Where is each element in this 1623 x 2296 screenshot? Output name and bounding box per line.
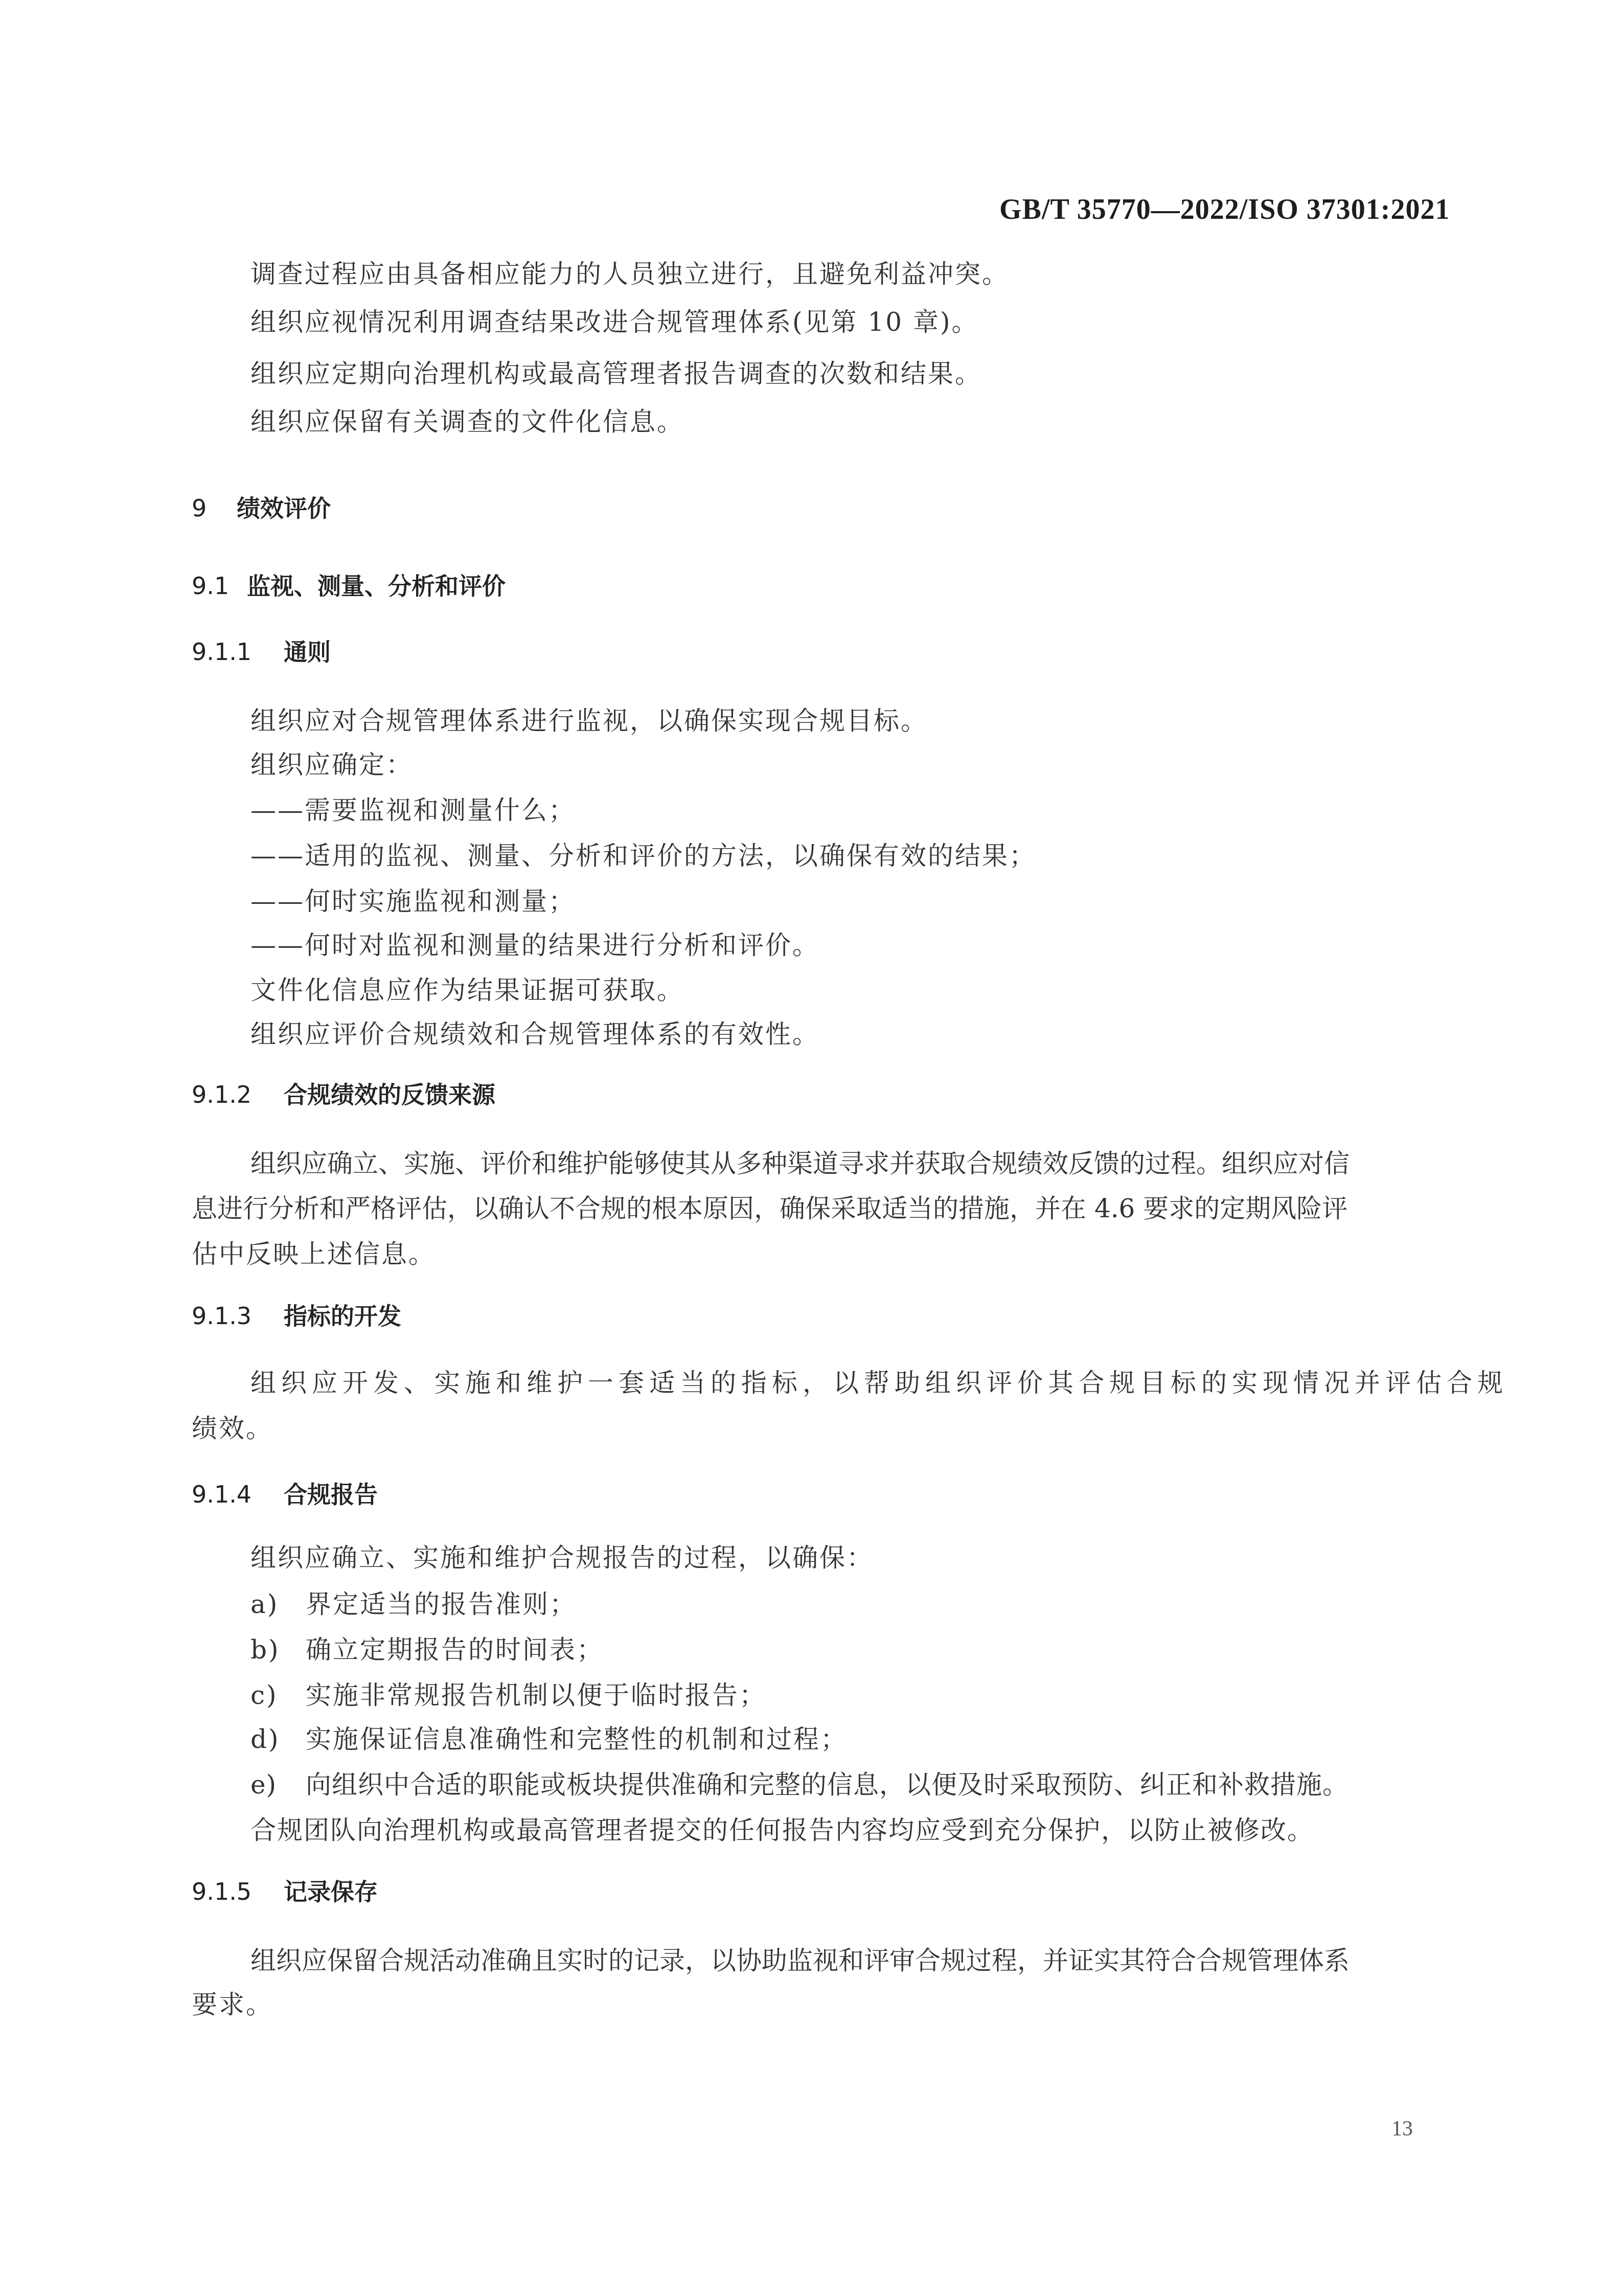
dash-list-item: ——何时对监视和测量的结果进行分析和评价。 [250, 930, 819, 961]
list-item-b: b)确立定期报告的时间表； [250, 1634, 604, 1665]
list-item-d: d)实施保证信息准确性和完整性的机制和过程； [250, 1724, 848, 1755]
body-line: 文件化信息应作为结果证据可获取。 [250, 975, 684, 1006]
intro-paragraph: 调查过程应由具备相应能力的人员独立进行，且避免利益冲突。 [250, 259, 1009, 289]
section-title: 记录保存 [284, 1876, 378, 1907]
section-number: 9.1.2 [192, 1079, 284, 1110]
list-label: a) [250, 1589, 306, 1620]
paragraph-line: 组织应确立、实施、评价和维护能够使其从多种渠道寻求并获取合规绩效反馈的过程。组织… [250, 1148, 1452, 1179]
section-number: 9.1.5 [192, 1876, 284, 1907]
list-label: c) [250, 1680, 306, 1711]
paragraph-line: 要求。 [192, 1989, 273, 2020]
dash-bullet: —— [250, 886, 305, 917]
list-item-a: a)界定适当的报告准则； [250, 1589, 577, 1620]
paragraph-line: 组织应保留合规活动准确且实时的记录，以协助监视和评审合规过程，并证实其符合合规管… [250, 1945, 1452, 1976]
list-item-c: c)实施非常规报告机制以便于临时报告； [250, 1680, 766, 1711]
section-title: 指标的开发 [284, 1301, 401, 1331]
paragraph-line: 息进行分析和严格评估，以确认不合规的根本原因，确保采取适当的措施，并在 4.6 … [192, 1193, 1452, 1224]
section-heading-9-1-5: 9.1.5记录保存 [192, 1876, 378, 1907]
dash-list-item: ——何时实施监视和测量； [250, 886, 576, 917]
section-heading-9-1-3: 9.1.3指标的开发 [192, 1301, 401, 1331]
dash-bullet: —— [250, 840, 305, 871]
section-heading-9-1-1: 9.1.1通则 [192, 636, 331, 667]
dash-list-item: ——适用的监视、测量、分析和评价的方法，以确保有效的结果； [250, 840, 1036, 871]
section-title: 合规绩效的反馈来源 [284, 1079, 495, 1110]
section-title: 监视、测量、分析和评价 [247, 571, 506, 601]
section-heading-9-1: 9.1监视、测量、分析和评价 [192, 571, 506, 601]
body-line: 组织应对合规管理体系进行监视，以确保实现合规目标。 [250, 706, 928, 736]
list-label: d) [250, 1724, 306, 1755]
section-heading-9-1-4: 9.1.4合规报告 [192, 1479, 378, 1510]
body-line: 组织应评价合规绩效和合规管理体系的有效性。 [250, 1019, 819, 1050]
page-number: 13 [1391, 2117, 1413, 2141]
section-title: 通则 [284, 636, 331, 667]
list-label: e) [250, 1769, 306, 1800]
body-line: 合规团队向治理机构或最高管理者提交的任何报告内容均应受到充分保护，以防止被修改。 [250, 1815, 1314, 1846]
body-line: 组织应确立、实施和维护合规报告的过程，以确保： [250, 1542, 874, 1573]
paragraph-line: 估中反映上述信息。 [192, 1239, 436, 1269]
section-heading-9-1-2: 9.1.2合规绩效的反馈来源 [192, 1079, 495, 1110]
dash-bullet: —— [250, 795, 305, 826]
paragraph-line: 组织应开发、实施和维护一套适当的指标，以帮助组织评价其合规目标的实现情况并评估合… [250, 1368, 1508, 1398]
section-number: 9.1.4 [192, 1479, 284, 1510]
paragraph-line: 绩效。 [192, 1413, 273, 1444]
intro-paragraph: 组织应保留有关调查的文件化信息。 [250, 406, 684, 437]
dash-list-item: ——需要监视和测量什么； [250, 795, 576, 826]
section-number: 9.1.3 [192, 1301, 284, 1331]
section-title: 绩效评价 [237, 493, 331, 524]
section-number: 9.1 [192, 571, 247, 601]
section-title: 合规报告 [284, 1479, 378, 1510]
list-item-e: e)向组织中合适的职能或板块提供准确和完整的信息，以便及时采取预防、纠正和补救措… [250, 1769, 1348, 1800]
list-label: b) [250, 1634, 306, 1665]
section-number: 9.1.1 [192, 636, 284, 667]
intro-paragraph: 组织应视情况利用调查结果改进合规管理体系(见第 10 章)。 [250, 307, 978, 337]
intro-paragraph: 组织应定期向治理机构或最高管理者报告调查的次数和结果。 [250, 358, 982, 389]
section-heading-9: 9绩效评价 [192, 493, 331, 524]
dash-bullet: —— [250, 930, 305, 961]
standard-header: GB/T 35770—2022/ISO 37301:2021 [999, 193, 1450, 226]
section-number: 9 [192, 493, 237, 524]
body-line: 组织应确定： [250, 749, 413, 780]
